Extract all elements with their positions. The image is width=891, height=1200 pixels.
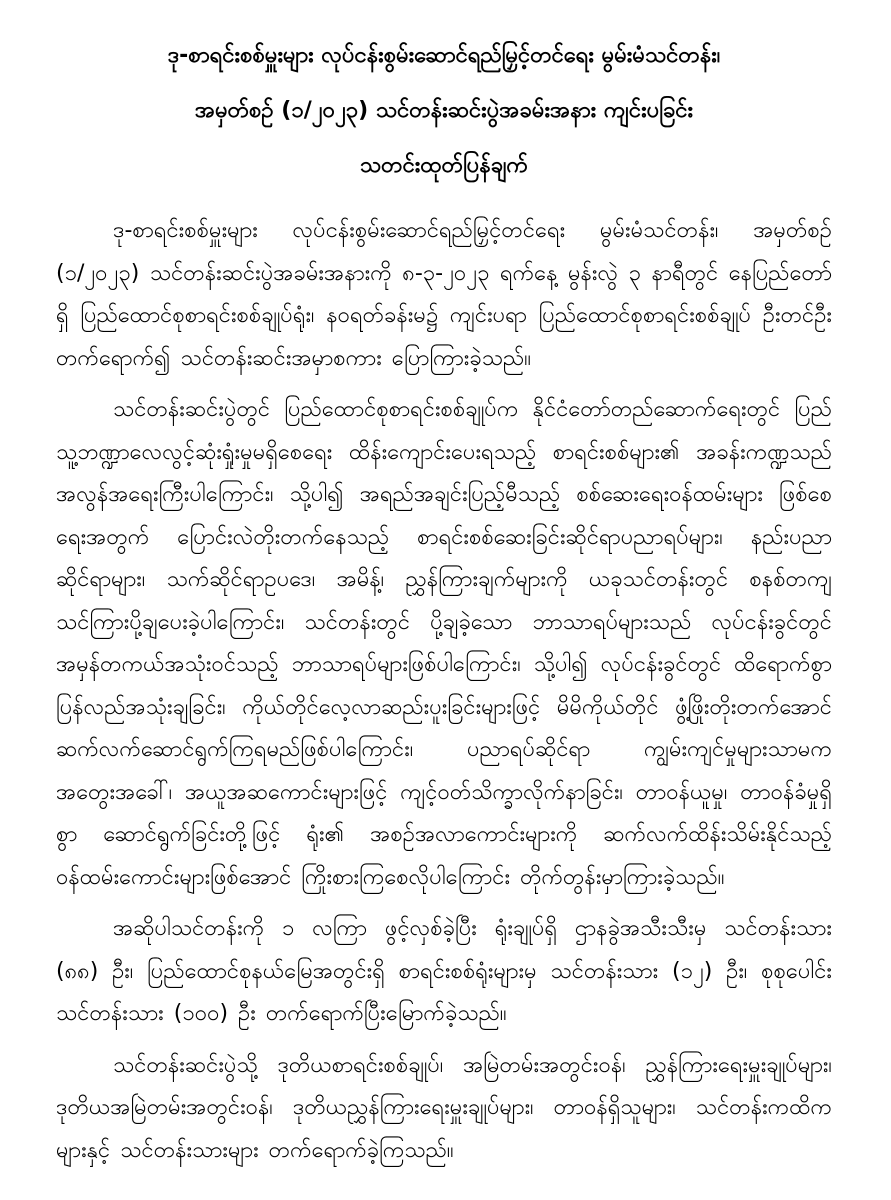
document-page: ဒု-စာရင်းစစ်မှူးများ လုပ်ငန်းစွမ်းဆောင်ရ…	[0, 0, 891, 1200]
body-paragraph-3: အဆိုပါသင်တန်းကို ၁ လကြာ ဖွင့်လှစ်ခဲ့ပြီး…	[56, 908, 832, 1036]
body-paragraph-2: သင်တန်းဆင်းပွဲတွင် ပြည်ထောင်စုစာရင်းစစ်ခ…	[56, 389, 832, 899]
title-line-1: ဒု-စာရင်းစစ်မှူးများ လုပ်ငန်းစွမ်းဆောင်ရ…	[56, 40, 832, 72]
body-paragraph-4: သင်တန်းဆင်းပွဲသို့ ဒုတိယစာရင်းစစ်ချုပ်၊ …	[56, 1045, 832, 1173]
body-paragraph-1: ဒု-စာရင်းစစ်မှူးများ လုပ်ငန်းစွမ်းဆောင်ရ…	[56, 210, 832, 380]
document-title: ဒု-စာရင်းစစ်မှူးများ လုပ်ငန်းစွမ်းဆောင်ရ…	[56, 40, 832, 182]
title-line-3: သတင်းထုတ်ပြန်ချက်	[56, 150, 832, 182]
title-line-2: အမှတ်စဉ် (၁/၂၀၂၃) သင်တန်းဆင်းပွဲအခမ်းအနာ…	[56, 95, 832, 127]
